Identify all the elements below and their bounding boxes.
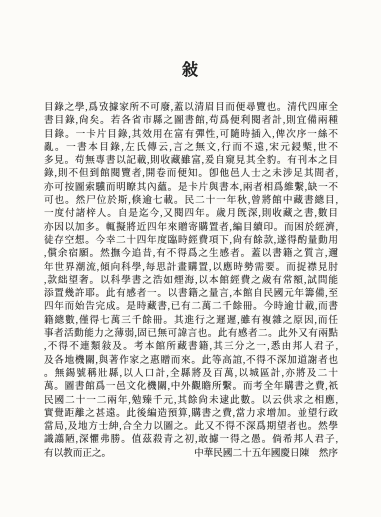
text-line: 識譾陋,深懼弗勝。值茲殺青之初,敢攄一得之愚。倘希邦人君子,	[44, 433, 338, 446]
text-line: ,款絀望奢。以科學書之浩如煙海,以本館經費之歲有常額,試問能	[44, 274, 338, 287]
text-line: 徒存空想。今幸二十四年度臨時經費項下,尙有餘款,遂得酌量動用	[44, 234, 338, 247]
text-line: 實覺距離之甚遠。此後編造預算,購書之費,當力求增加。並望行政	[44, 407, 338, 420]
scanned-preface-page: 敍 目錄之學,爲攷據家所不可廢,蓋以清眉目而便尋覽也。清代四庫全書目錄,尙矣。若…	[0, 0, 381, 517]
text-line: 。無錫號稱壯縣,以人口計,全縣將及百萬,以城區計,亦將及二十	[44, 367, 338, 380]
signature-text: 中華民國二十五年國慶日陳 然序	[194, 447, 338, 460]
preface-body: 目錄之學,爲攷據家所不可廢,蓋以清眉目而便尋覽也。清代四庫全書目錄,尙矣。若各省…	[44, 101, 338, 460]
text-line: 亦可按圖索驥而明瞭其內蘊。是卡片與書本,兩者相爲維繫,缺一不	[44, 181, 338, 194]
closing-row: 有以教而正之。 中華民國二十五年國慶日陳 然序	[44, 447, 338, 460]
text-line: 一度付諸梓人。自是迄今,又閱四年。歲月旣深,則收藏之書,數目	[44, 207, 338, 220]
text-line: 多見。苟無專書以記載,則收藏雖富,爰自窺見其全豹。有刊本之目	[44, 154, 338, 167]
text-line: 目錄。一卡片目錄,其效用在富有彈性,可隨時插入,俾次序一絲不	[44, 128, 338, 141]
text-line: 及各地機關,與著作家之惠贈而來。此等高誼,不得不深加道謝者也	[44, 354, 338, 367]
text-line: 萬。圖書館爲一邑文化機關,中外觀瞻所繫。而考全年購書之費,祇	[44, 380, 338, 393]
closing-text: 有以教而正之。	[44, 447, 111, 460]
text-line: 目錄之學,爲攷據家所不可廢,蓋以清眉目而便尋覽也。清代四庫全	[44, 101, 338, 114]
page-title: 敍	[0, 57, 381, 80]
text-line: 事者活動能力之薄弱,固已無可諱言也。此有感者二。此外又有兩點	[44, 327, 338, 340]
text-line: ,不得不連類敍及。考本館所藏書籍,其三分之一,悉由邦人君子,	[44, 340, 338, 353]
preface-lines: 目錄之學,爲攷據家所不可廢,蓋以清眉目而便尋覽也。清代四庫全書目錄,尙矣。若各省…	[44, 101, 338, 447]
text-line: 亦因以加多。輒擬將近四年來贈寄購置者,編目續印。而困於經濟,	[44, 221, 338, 234]
text-line: 錄,則不但到館閱覽者,開卷而便知。卽他邑人士之未涉足其間者,	[44, 167, 338, 180]
text-line: 民國二十一二兩年,勉臻千元,其餘尙未逮此數。以云供求之相應,	[44, 394, 338, 407]
text-line: 當局,及地方士紳,合全力以圖之。此又不得不深爲期望者也。然學	[44, 420, 338, 433]
text-line: ,償余宿願。然撫今追昔,有不得爲之生感者。蓋以書籍之質言,邇	[44, 247, 338, 260]
text-line: 籍總數,僅得七萬三千餘冊。其進行之遲遲,雖有複雜之原因,而任	[44, 314, 338, 327]
text-line: 可也。然尸位於斯,倏逾七載。民二十一年秋,曾將館中藏書總目,	[44, 194, 338, 207]
text-line: 年世界潮流,傾向科學,每思計畫購置,以應時勢需要。而捉襟見肘	[44, 261, 338, 274]
text-line: 添置幾許耶。此有感者一。以書籍之量言,本館自民國元年籌備,至	[44, 287, 338, 300]
text-line: 書目錄,尙矣。若各省市縣之圖書館,苟爲便利閱者計,則宜備兩種	[44, 114, 338, 127]
text-line: 四年而始告完成。是時藏書,已有二萬二千餘冊。今時逾廿載,而書	[44, 300, 338, 313]
text-line: 亂。一書本目錄,左氏傳云,言之無文,行而不遠,宋元鋟槧,世不	[44, 141, 338, 154]
